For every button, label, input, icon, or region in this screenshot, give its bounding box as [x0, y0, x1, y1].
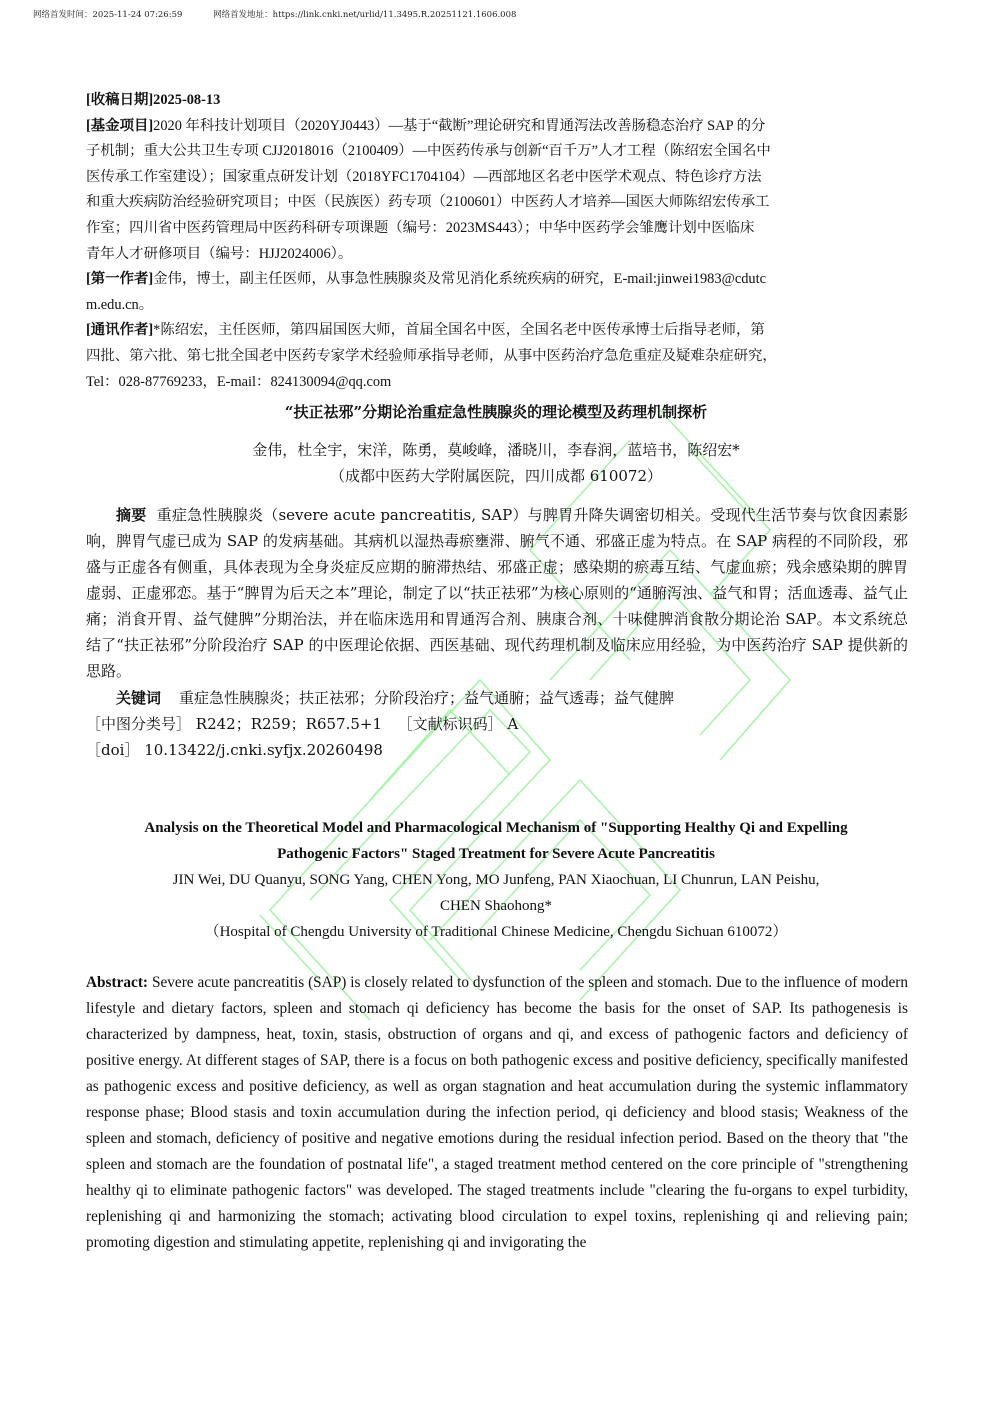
publication-header: 网络首发时间：2025-11-24 07:26:59 网络首发地址：https:… [33, 8, 544, 20]
chinese-affiliation: （成都中医药大学附属医院，四川成都 610072） [0, 465, 992, 486]
chinese-abstract-label: 摘要 [116, 506, 146, 524]
english-title: Analysis on the Theoretical Model and Ph… [60, 815, 932, 867]
online-publish-url: 网络首发地址：https://link.cnki.net/urlid/11.34… [213, 10, 516, 20]
doi: ［doi］ 10.13422/j.cnki.syfjx.20260498 [86, 737, 908, 763]
chinese-abstract: 摘要重症急性胰腺炎（severe acute pancreatitis, SAP… [86, 502, 908, 684]
chinese-abstract-text: 重症急性胰腺炎（severe acute pancreatitis, SAP）与… [86, 506, 908, 680]
english-abstract-label: Abstract: [86, 974, 148, 991]
chinese-keywords: 关键词重症急性胰腺炎；扶正祛邪；分阶段治疗；益气通腑；益气透毒；益气健脾 [86, 685, 908, 711]
article-metadata: [收稿日期]2025-08-13 [基金项目]2020 年科技计划项目（2020… [86, 88, 908, 395]
online-publish-time: 网络首发时间：2025-11-24 07:26:59 [33, 10, 182, 20]
english-abstract-text: Severe acute pancreatitis (SAP) is close… [86, 974, 908, 1251]
chinese-authors: 金伟，杜全宇，宋洋，陈勇，莫峻峰，潘晓川，李春润，蓝培书，陈绍宏* [0, 439, 992, 460]
english-abstract: Abstract: Severe acute pancreatitis (SAP… [86, 970, 908, 1256]
corresponding-author-info: [通讯作者]*陈绍宏，主任医师，第四届国医大师，首届全国名中医，全国名老中医传承… [86, 318, 908, 395]
chinese-title: “扶正祛邪”分期论治重症急性胰腺炎的理论模型及药理机制探析 [0, 401, 992, 422]
received-date: [收稿日期]2025-08-13 [86, 88, 908, 114]
classification-number: ［中图分类号］ R242；R259；R657.5+1 ［文献标识码］ A [86, 711, 908, 737]
english-affiliation: （Hospital of Chengdu University of Tradi… [60, 919, 932, 945]
doi-link[interactable]: 10.13422/j.cnki.syfjx.20260498 [144, 741, 383, 759]
english-authors: JIN Wei, DU Quanyu, SONG Yang, CHEN Yong… [60, 867, 932, 919]
fund-info: [基金项目]2020 年科技计划项目（2020YJ0443）—基于“截断”理论研… [86, 114, 908, 268]
first-author-info: [第一作者]金伟，博士，副主任医师，从事急性胰腺炎及常见消化系统疾病的研究，E-… [86, 267, 908, 318]
